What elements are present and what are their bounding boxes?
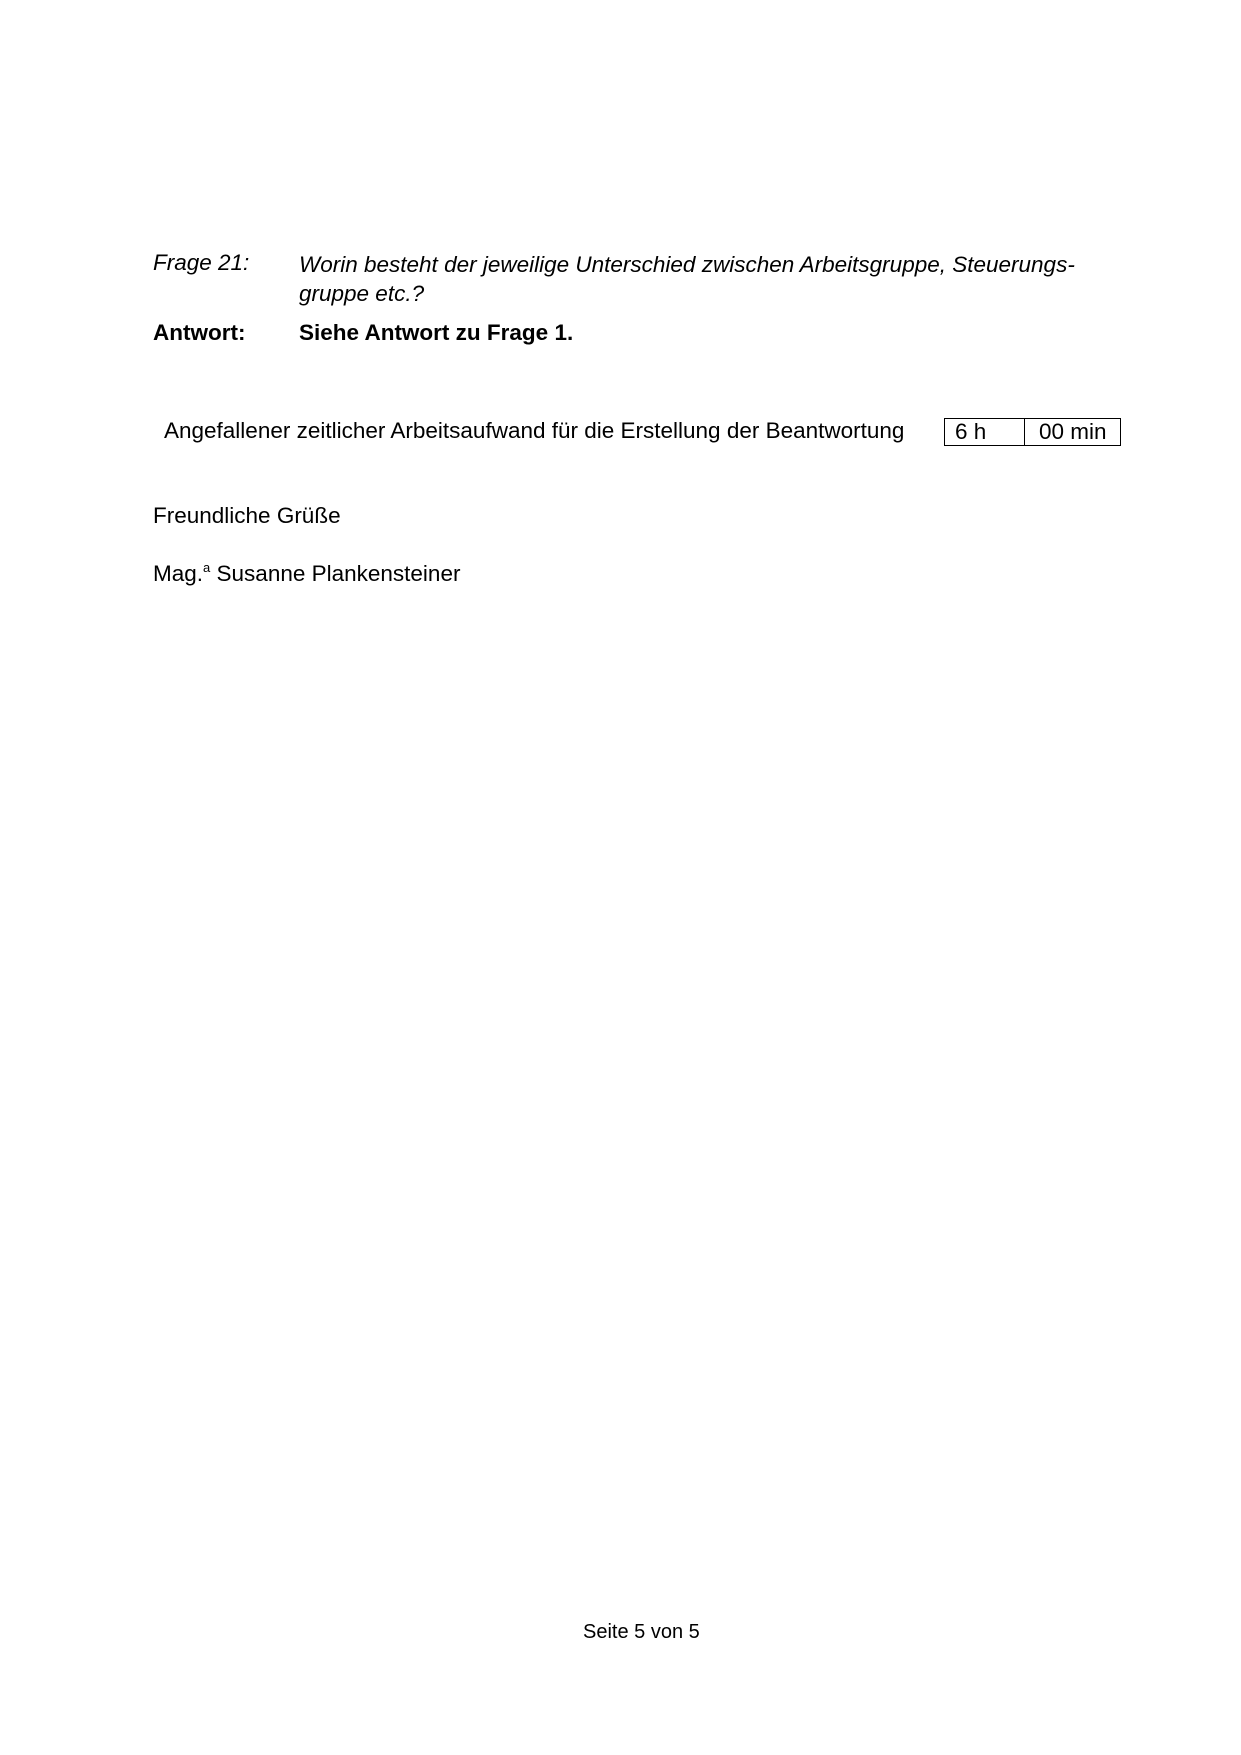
page-number-footer: Seite 5 von 5: [583, 1621, 700, 1644]
answer-text: Siehe Antwort zu Frage 1.: [299, 320, 573, 346]
question-text-line-2: gruppe etc.?: [299, 279, 1099, 308]
signature-name: Susanne Plankensteiner: [217, 561, 461, 586]
signature-title: Mag.: [153, 561, 203, 586]
answer-label: Antwort:: [153, 320, 245, 346]
effort-minutes: 00 min: [1025, 419, 1120, 445]
question-text-line-1: Worin besteht der jeweilige Unterschied …: [299, 250, 1099, 279]
question-text: Worin besteht der jeweilige Unterschied …: [299, 250, 1099, 308]
effort-label: Angefallener zeitlicher Arbeitsaufwand f…: [164, 418, 904, 444]
closing-greeting: Freundliche Grüße: [153, 503, 341, 529]
signature: Mag.a Susanne Plankensteiner: [153, 561, 460, 587]
effort-time-box: 6 h 00 min: [944, 418, 1121, 446]
question-label: Frage 21:: [153, 250, 249, 276]
effort-hours: 6 h: [945, 419, 1025, 445]
signature-title-superscript: a: [203, 560, 210, 575]
